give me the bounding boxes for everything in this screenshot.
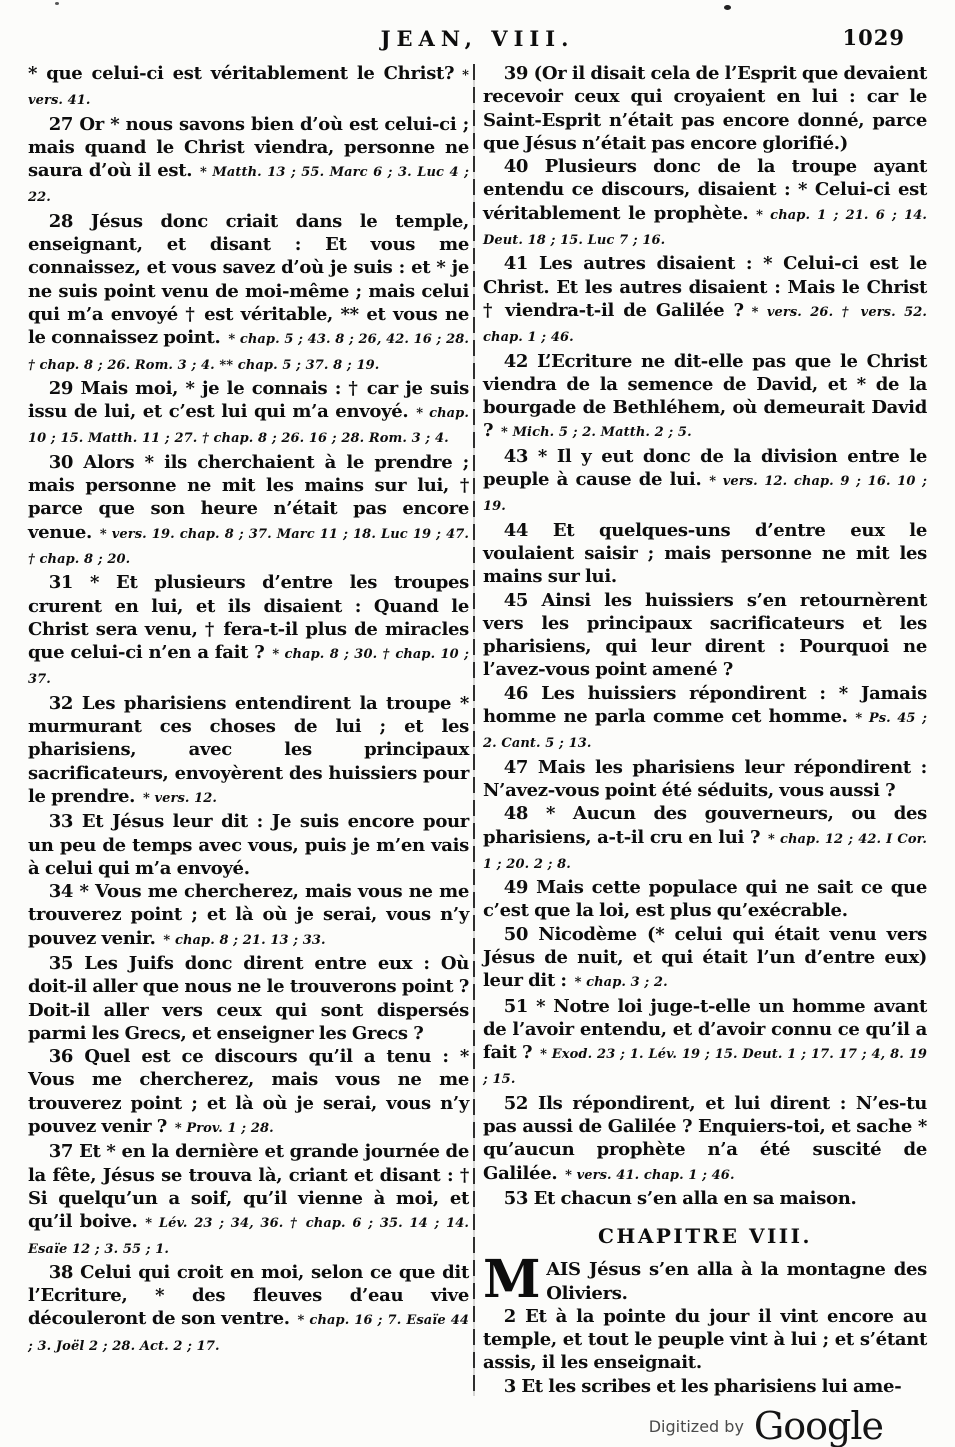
verse-text: 3 Et les scribes et les pharisiens lui a… xyxy=(504,1376,902,1397)
verse: 39 (Or il disait cela de l’Esprit que de… xyxy=(483,62,927,155)
verse-text: 49 Mais cette populace qui ne sait ce qu… xyxy=(483,877,927,921)
digitized-by-label: Digitized by xyxy=(649,1417,744,1436)
right-column-verses: 39 (Or il disait cela de l’Esprit que de… xyxy=(483,62,927,1210)
scanned-bible-page: JEAN, VIII. 1029 * que celui-ci est véri… xyxy=(0,0,955,1447)
verse: 51 * Notre loi juge-t-elle un homme avan… xyxy=(483,995,927,1092)
left-column: * que celui-ci est véritablement le Chri… xyxy=(28,62,469,1358)
cross-references: * vers. 19. chap. 8 ; 37. Marc 11 ; 18. … xyxy=(28,527,469,567)
verse: 41 Les autres disaient : * Celui-ci est … xyxy=(483,252,927,349)
verse: 40 Plusieurs donc de la troupe ayant ent… xyxy=(483,155,927,252)
verse-text: 47 Mais les pharisiens leur répondirent … xyxy=(483,757,927,801)
column-divider xyxy=(473,64,475,1396)
verse-text: 32 Les pharisiens entendirent la troupe … xyxy=(28,693,469,807)
chapter8-continuation: 2 Et à la pointe du jour il vint encore … xyxy=(483,1305,927,1398)
cross-references: * Prov. 1 ; 28. xyxy=(175,1121,274,1136)
verse: 38 Celui qui croit en moi, selon ce que … xyxy=(28,1261,469,1358)
verse-text: * que celui-ci est véritablement le Chri… xyxy=(28,63,454,84)
verse: 47 Mais les pharisiens leur répondirent … xyxy=(483,756,927,803)
cross-references: * chap. 3 ; 2. xyxy=(575,975,668,990)
cross-references: * Exod. 23 ; 1. Lév. 19 ; 15. Deut. 1 ; … xyxy=(483,1047,927,1087)
verse: 35 Les Juifs donc dirent entre eux : Où … xyxy=(28,952,469,1045)
verse: 43 * Il y eut donc de la division entre … xyxy=(483,445,927,519)
cross-references: * vers. 41. chap. 1 ; 46. xyxy=(565,1168,734,1183)
verse-text: AIS Jésus s’en alla à la montagne des Ol… xyxy=(546,1259,927,1303)
verse: 30 Alors * ils cherchaient à le prendre … xyxy=(28,451,469,571)
verse: 37 Et * en la dernière et grande journée… xyxy=(28,1140,469,1260)
text-columns: * que celui-ci est véritablement le Chri… xyxy=(28,62,927,1398)
verse: 27 Or * nous savons bien d’où est celui-… xyxy=(28,113,469,210)
verse: 53 Et chacun s’en alla en sa maison. xyxy=(483,1187,927,1210)
drop-cap: M xyxy=(483,1258,546,1300)
verse: 44 Et quelques-uns d’entre eux le voulai… xyxy=(483,519,927,589)
scan-artifact-speck xyxy=(55,2,59,5)
verse-text: 39 (Or il disait cela de l’Esprit que de… xyxy=(483,63,927,154)
verse-text: 53 Et chacun s’en alla en sa maison. xyxy=(504,1188,857,1209)
verse-text: 50 Nicodème (* celui qui était venu vers… xyxy=(483,924,927,992)
verse: 3 Et les scribes et les pharisiens lui a… xyxy=(483,1375,927,1398)
verse-chapter8-1: MAIS Jésus s’en alla à la montagne des O… xyxy=(483,1258,927,1305)
verse-text: 33 Et Jésus leur dit : Je suis encore po… xyxy=(28,811,469,879)
verse: 28 Jésus donc criait dans le temple, ens… xyxy=(28,210,469,377)
verse: 34 * Vous me chercherez, mais vous ne me… xyxy=(28,880,469,952)
verse-text: 2 Et à la pointe du jour il vint encore … xyxy=(483,1306,927,1374)
page-number: 1029 xyxy=(843,25,905,50)
verse: 45 Ainsi les huissiers s’en retournèrent… xyxy=(483,589,927,682)
verse: 50 Nicodème (* celui qui était venu vers… xyxy=(483,923,927,995)
google-logo: Google xyxy=(754,1407,883,1445)
cross-references: * chap. 8 ; 21. 13 ; 33. xyxy=(163,933,325,948)
verse: 48 * Aucun des gouverneurs, ou des phari… xyxy=(483,802,927,876)
verse-text: 35 Les Juifs donc dirent entre eux : Où … xyxy=(28,953,469,1044)
verse: 52 Ils répondirent, et lui dirent : N’es… xyxy=(483,1092,927,1187)
verse: 33 Et Jésus leur dit : Je suis encore po… xyxy=(28,810,469,880)
verse: 2 Et à la pointe du jour il vint encore … xyxy=(483,1305,927,1375)
right-column: 39 (Or il disait cela de l’Esprit que de… xyxy=(483,62,927,1398)
cross-references: * Mich. 5 ; 2. Matth. 2 ; 5. xyxy=(501,425,692,440)
verse: * que celui-ci est véritablement le Chri… xyxy=(28,62,469,113)
page-header-title: JEAN, VIII. xyxy=(0,26,955,51)
verse: 46 Les huissiers répondirent : * Jamais … xyxy=(483,682,927,756)
verse: 36 Quel est ce discours qu’il a tenu : *… xyxy=(28,1045,469,1140)
verse: 49 Mais cette populace qui ne sait ce qu… xyxy=(483,876,927,923)
verse-text: 28 Jésus donc criait dans le temple, ens… xyxy=(28,211,469,348)
verse: 31 * Et plusieurs d’entre les troupes cr… xyxy=(28,571,469,691)
verse: 29 Mais moi, * je le connais : † car je … xyxy=(28,377,469,451)
chapter-heading: CHAPITRE VIII. xyxy=(483,1224,927,1248)
verse: 32 Les pharisiens entendirent la troupe … xyxy=(28,692,469,810)
verse-text: 45 Ainsi les huissiers s’en retournèrent… xyxy=(483,590,927,681)
verse-text: 29 Mais moi, * je le connais : † car je … xyxy=(28,378,469,422)
scan-artifact-speck xyxy=(724,5,731,10)
cross-references: * vers. 12. xyxy=(143,791,217,806)
verse: 42 L’Ecriture ne dit-elle pas que le Chr… xyxy=(483,350,927,445)
verse-text: 44 Et quelques-uns d’entre eux le voulai… xyxy=(483,520,927,588)
google-attribution: Digitized by Google xyxy=(649,1407,883,1445)
